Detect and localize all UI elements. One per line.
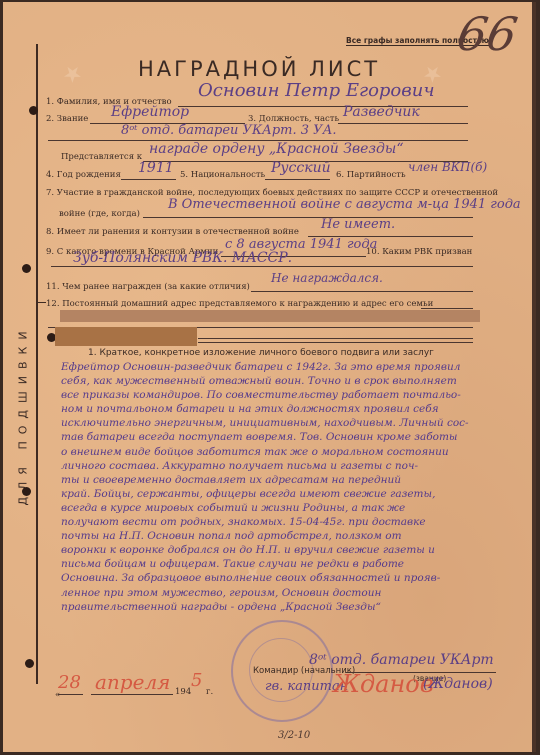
field-5-line [265,179,330,180]
page-edge [532,2,536,752]
field-7-line [143,217,473,218]
narrative-line: исключительно энергичным, инициативным, … [61,416,531,430]
field-4-label: 4. Год рождения [46,170,121,180]
narrative-line: письма бойцам и офицерам. Такие случаи н… [61,557,531,571]
field-10-label: 10. Каким РВК призван [366,247,472,257]
bottom-scribble: 3/2-10 [278,730,310,741]
field-11-label: 11. Чем ранее награжден (за какие отличи… [46,282,250,292]
redacted-address-2 [55,327,197,346]
nominated-label: Представляется к [61,152,142,162]
date-day-line [58,694,83,695]
date-day: 28 [58,672,81,693]
field-3-value: Разведчик [343,104,420,120]
narrative-line: ном и почтальоном батареи и на этих долж… [61,402,531,416]
date-year-label: г. [206,687,213,697]
narrative-line: все приказы командиров. По совместительс… [61,388,531,402]
punch-hole-icon [29,106,38,115]
field-8-label: 8. Имеет ли ранения и контузии в отечест… [46,227,299,237]
section-1-heading: 1. Краткое, конкретное изложение личного… [88,348,434,358]
narrative-text: Ефрейтор Основин-разведчик батареи с 194… [61,360,531,614]
narrative-line: край. Бойцы, сержанты, офицеры всегда им… [61,487,531,501]
field-7-label-line2: войне (где, когда) [59,209,140,219]
field-12-line [421,308,473,309]
field-6-value: член ВКП(б) [408,160,487,174]
field-4-line [121,179,176,180]
field-2-label: 2. Звание [46,114,88,124]
punch-hole-icon [25,659,34,668]
narrative-line: себя, как мужественный отважный воин. То… [61,374,531,388]
field-3-value-line2: 8ᵒᵗ отд. батареи УКАрт. 3 УА. [121,123,337,138]
field-7-value: В Отечественной войне с августа м-ца 194… [168,197,521,212]
narrative-line: Ефрейтор Основин-разведчик батареи с 194… [61,360,531,374]
punch-hole-icon [22,264,31,273]
award-sheet-page: ★ ★ ★ ДЛЯ ПОДШИВКИ Все графы заполнять п… [3,2,536,752]
narrative-line: о внешнем виде бойцов заботится так же о… [61,445,531,459]
field-4-value: 1911 [138,160,174,176]
field-1-value: Основин Петр Егорович [198,80,435,101]
commander-name: (Жданов) [423,676,493,692]
field-2-value: Ефрейтор [111,104,189,120]
narrative-line: получают вести от родных, знакомых. 15-0… [61,515,531,529]
sheet-number: 66 [453,7,521,61]
narrative-line: всегда в курсе мировых событий и жизни Р… [61,501,531,515]
field-10-value: Зуб-Полянским РВК. МАССР. [73,250,292,266]
watermark-star-icon: ★ [58,59,89,91]
field-10-line [51,266,473,267]
date-year-suffix: 5 [191,670,202,691]
narrative-line: ты и своевременно доставляет их адресата… [61,473,531,487]
narrative-line: правительственной награды - ордена „Крас… [61,600,531,614]
date-year-prefix: 194 [175,687,191,697]
commander-signature: Жданов [333,670,434,698]
field-12-label: 12. Постоянный домашний адрес представля… [46,299,433,309]
date-month-line [91,694,173,695]
field-8-value: Не имеет. [321,217,395,232]
field-12-line-4 [198,342,473,343]
narrative-line: тав батареи всегда поступает вовремя. То… [61,430,531,444]
redacted-address [60,310,480,322]
narrative-line: воронки к воронке добрался он до Н.П. и … [61,543,531,557]
document-title: НАГРАДНОЙ ЛИСТ [138,57,380,81]
field-5-value: Русский [271,160,331,176]
field-11-line [251,291,473,292]
punch-hole-icon [22,487,31,496]
narrative-line: ленное при этом мужество, героизм, Основ… [61,586,531,600]
narrative-line: личного состава. Аккуратно получает пись… [61,459,531,473]
field-1-line [178,106,468,107]
field-5-label: 5. Национальность [180,170,265,180]
field-11-value: Не награждался. [271,271,383,285]
narrative-line: Основина. За образцовое выполнение своих… [61,571,531,585]
field-12-line-3 [198,338,473,339]
field-6-label: 6. Партийность [336,170,406,180]
nominated-value: награде ордену „Красной Звезды“ [149,141,403,157]
field-3-line [338,123,468,124]
narrative-line: почты на Н.П. Основин попал под артобстр… [61,529,531,543]
commander-value: 8ᵒᵗ отд. батареи УКАрт [309,652,494,668]
date-month: апреля [95,670,170,694]
